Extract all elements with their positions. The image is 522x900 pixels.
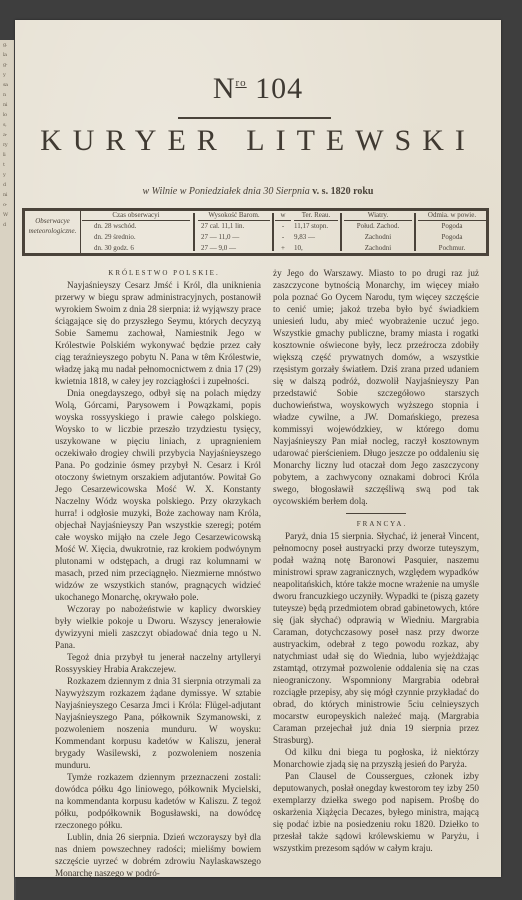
section-heading-francya: FRANCYA. — [273, 518, 479, 530]
weather-observations-table: Obserwacye meteorologiczne. Czas obserwa… — [22, 208, 489, 256]
fragment: li — [0, 150, 14, 160]
section-divider — [346, 513, 406, 514]
cell: Połud. Zachod. — [344, 221, 412, 232]
cell: 27 cal. 11,1 lin. — [198, 221, 270, 232]
cell: - — [275, 232, 291, 243]
weather-col-sign: w - - + — [275, 211, 291, 253]
weather-col-time: Czas obserwacyi dn. 28 wschód. dn. 29 śr… — [82, 211, 190, 253]
cell: Zachodni — [344, 243, 412, 254]
fragment: s, — [0, 120, 14, 130]
previous-page-edge: g. la g- y sa n ni lo s, a- ry li t y d … — [0, 40, 16, 900]
article-paragraph: Lublin, dnia 26 sierpnia. Dzień wczorays… — [55, 831, 261, 879]
article-paragraph: Pan Clausel de Coussergues, członek izby… — [273, 770, 479, 854]
header-time: Czas obserwacyi — [82, 211, 190, 221]
cell: 10, — [294, 243, 338, 254]
header-winds: Wiatry. — [344, 211, 412, 221]
weather-col-barometer: Wysokość Barom. 27 cal. 11,1 lin. 27 — 1… — [198, 211, 270, 253]
cell: Pogoda — [418, 221, 486, 232]
section-heading-krolestwo-polskie: KRÓLESTWO POLSKIE. — [55, 267, 261, 279]
article-paragraph: Paryż, dnia 15 sierpnia. Słychać, iż jen… — [273, 530, 479, 746]
fragment: ni — [0, 100, 14, 110]
article-paragraph: Tegoż dnia przybył tu jenerał naczelny a… — [55, 651, 261, 675]
dateline-text: w Wilnie w Poniedziałek dnia 30 Sierpnia — [143, 186, 310, 197]
fragment: sa — [0, 80, 14, 90]
header-barometer: Wysokość Barom. — [198, 211, 270, 221]
issue-sup: ro — [236, 77, 247, 89]
cell: Zachodni — [344, 232, 412, 243]
cell: 9,83 — — [294, 232, 338, 243]
cell: dn. 29 średnio. — [82, 232, 190, 243]
header-thermometer: Ter. Reau. — [294, 211, 338, 221]
article-paragraph: Wczoray po nabożeństwie w kaplicy dworsk… — [55, 603, 261, 651]
article-paragraph: Nayjaśnieyszy Cesarz Jmść i Król, dla un… — [55, 279, 261, 387]
weather-row-label: Obserwacye meteorologiczne. — [22, 211, 81, 253]
header-sign: w — [275, 211, 291, 221]
fragment: o- — [0, 200, 14, 210]
divider — [193, 213, 195, 251]
fragment: y — [0, 70, 14, 80]
header-sky: Odmia. w powie. — [418, 211, 486, 221]
article-paragraph: Rozkazem dziennym z dnia 31 sierpnia otr… — [55, 675, 261, 771]
issue-number: Nro 104 — [15, 72, 501, 106]
fragment: W — [0, 210, 14, 220]
fragment: d — [0, 220, 14, 230]
dateline-year: v. s. 1820 roku — [312, 186, 373, 197]
weather-col-winds: Wiatry. Połud. Zachod. Zachodni Zachodni — [344, 211, 412, 253]
fragment: g. — [0, 40, 14, 50]
article-paragraph: Tymże rozkazem dziennym przeznaczeni zos… — [55, 771, 261, 831]
fragment: y — [0, 170, 14, 180]
cell: 27 — 9,0 — — [198, 243, 270, 254]
cell: + — [275, 243, 291, 254]
masthead-rule — [178, 117, 331, 119]
weather-col-thermometer: Ter. Reau. 11,17 stopn. 9,83 — 10, — [294, 211, 338, 253]
fragment: ry — [0, 140, 14, 150]
cell: Pogoda — [418, 232, 486, 243]
dateline: w Wilnie w Poniedziałek dnia 30 Sierpnia… — [15, 186, 501, 197]
fragment: n — [0, 90, 14, 100]
cell: 27 — 11,0 — — [198, 232, 270, 243]
cell: dn. 30 godz. 6 — [82, 243, 190, 254]
divider — [272, 213, 274, 251]
divider — [414, 213, 416, 251]
fragment: d — [0, 180, 14, 190]
cell: 11,17 stopn. — [294, 221, 338, 232]
cell: - — [275, 221, 291, 232]
newspaper-page: Nro 104 KURYER LITEWSKI w Wilnie w Ponie… — [15, 20, 501, 877]
left-column: KRÓLESTWO POLSKIE. Nayjaśnieyszy Cesarz … — [55, 267, 261, 879]
fragment: a- — [0, 130, 14, 140]
article-paragraph: Od kilku dni biega tu pogłoska, iż niekt… — [273, 746, 479, 770]
fragment: ni — [0, 190, 14, 200]
right-column: ży Jego do Warszawy. Miasto to po drugi … — [273, 267, 479, 854]
weather-col-sky: Odmia. w powie. Pogoda Pogoda Pochmur. — [418, 211, 489, 253]
issue-number-value: 104 — [255, 72, 303, 105]
cell: Pochmur. — [418, 243, 486, 254]
fragment: lo — [0, 110, 14, 120]
divider — [340, 213, 342, 251]
fragment: t — [0, 160, 14, 170]
article-paragraph-continued: ży Jego do Warszawy. Miasto to po drugi … — [273, 267, 479, 507]
issue-prefix: N — [213, 72, 236, 105]
newspaper-title: KURYER LITEWSKI — [15, 124, 501, 158]
cell: dn. 28 wschód. — [82, 221, 190, 232]
fragment: g- — [0, 60, 14, 70]
article-paragraph: Dnia onegdayszego, odbył się na polach m… — [55, 387, 261, 603]
fragment: la — [0, 50, 14, 60]
